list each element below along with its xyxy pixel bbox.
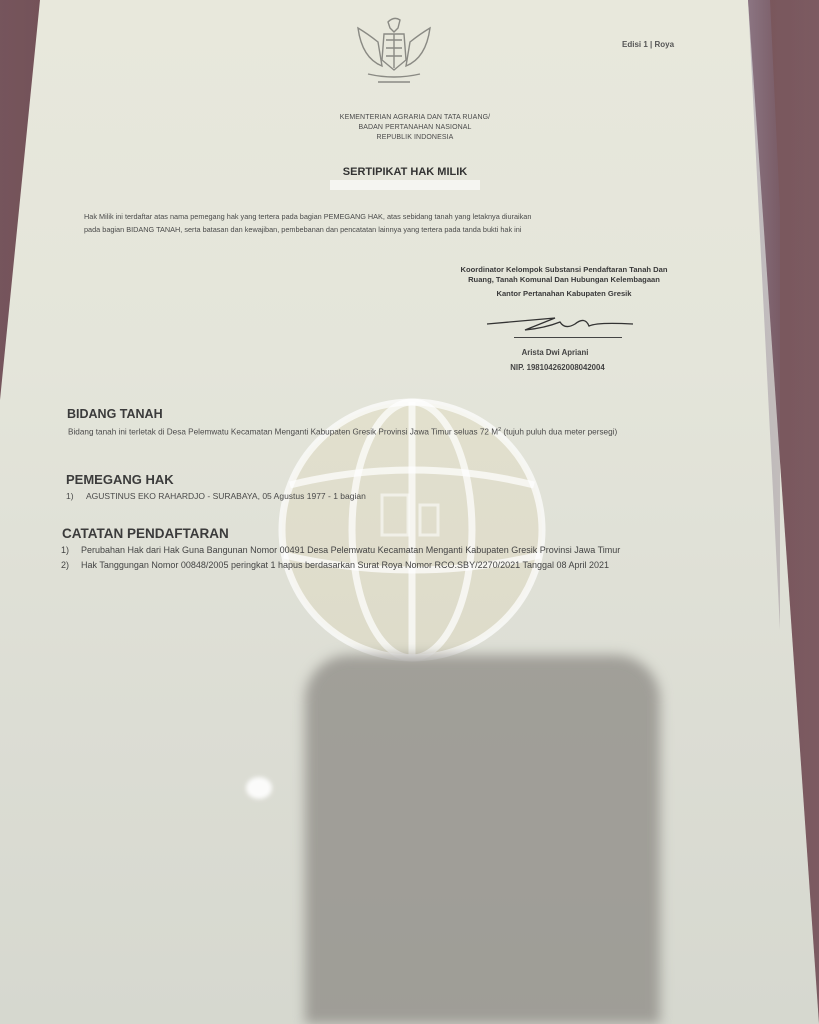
hand-shadow	[305, 655, 660, 1024]
pemegang-list: 1)AGUSTINUS EKO RAHARDJO - SURABAYA, 05 …	[66, 491, 366, 501]
edition-label: Edisi 1 | Roya	[622, 40, 674, 49]
light-glare	[246, 777, 272, 799]
intro-line: pada bagian BIDANG TANAH, serta batasan …	[84, 223, 744, 236]
document-title: SERTIPIKAT HAK MILIK	[300, 166, 510, 178]
intro-line: Hak Milik ini terdaftar atas nama pemega…	[84, 210, 744, 223]
list-item: 1)AGUSTINUS EKO RAHARDJO - SURABAYA, 05 …	[66, 491, 366, 501]
certificate-number-box	[330, 180, 480, 190]
section-heading-catatan: CATATAN PENDAFTARAN	[62, 526, 229, 541]
item-number: 1)	[66, 491, 86, 501]
description-text: (tujuh puluh dua meter persegi)	[501, 428, 617, 437]
section-heading-bidang-tanah: BIDANG TANAH	[67, 407, 163, 421]
item-text: AGUSTINUS EKO RAHARDJO - SURABAYA, 05 Ag…	[86, 491, 366, 501]
ministry-line: REPUBLIK INDONESIA	[270, 133, 560, 143]
ministry-line: BADAN PERTANAHAN NASIONAL	[270, 123, 560, 133]
item-text: Perubahan Hak dari Hak Guna Bangunan Nom…	[81, 545, 620, 555]
catatan-list: 1)Perubahan Hak dari Hak Guna Bangunan N…	[61, 543, 761, 573]
position-line: Ruang, Tanah Komunal Dan Hubungan Kelemb…	[405, 275, 723, 285]
signer-name: Arista Dwi Apriani	[490, 348, 620, 357]
section-heading-pemegang-hak: PEMEGANG HAK	[66, 472, 174, 487]
list-item: 1)Perubahan Hak dari Hak Guna Bangunan N…	[61, 543, 761, 558]
intro-paragraph: Hak Milik ini terdaftar atas nama pemega…	[84, 210, 744, 236]
position-line: Koordinator Kelompok Substansi Pendaftar…	[405, 265, 723, 275]
description-text: Bidang tanah ini terletak di Desa Pelemw…	[68, 428, 498, 437]
signer-nip: NIP. 198104262008042004	[470, 363, 645, 372]
office-name: Kantor Pertanahan Kabupaten Gresik	[405, 289, 723, 299]
signature-icon	[485, 308, 635, 338]
signature-line	[514, 337, 622, 338]
ministry-line: KEMENTERIAN AGRARIA DAN TATA RUANG/	[270, 113, 560, 123]
list-item: 2)Hak Tanggungan Nomor 00848/2005 pering…	[61, 558, 761, 573]
garuda-emblem-icon	[348, 8, 440, 90]
ministry-header: KEMENTERIAN AGRARIA DAN TATA RUANG/ BADA…	[270, 113, 560, 143]
bidang-tanah-description: Bidang tanah ini terletak di Desa Pelemw…	[68, 425, 708, 438]
item-text: Hak Tanggungan Nomor 00848/2005 peringka…	[81, 560, 609, 570]
item-number: 1)	[61, 543, 81, 558]
item-number: 2)	[61, 558, 81, 573]
signatory-position: Koordinator Kelompok Substansi Pendaftar…	[405, 265, 723, 299]
